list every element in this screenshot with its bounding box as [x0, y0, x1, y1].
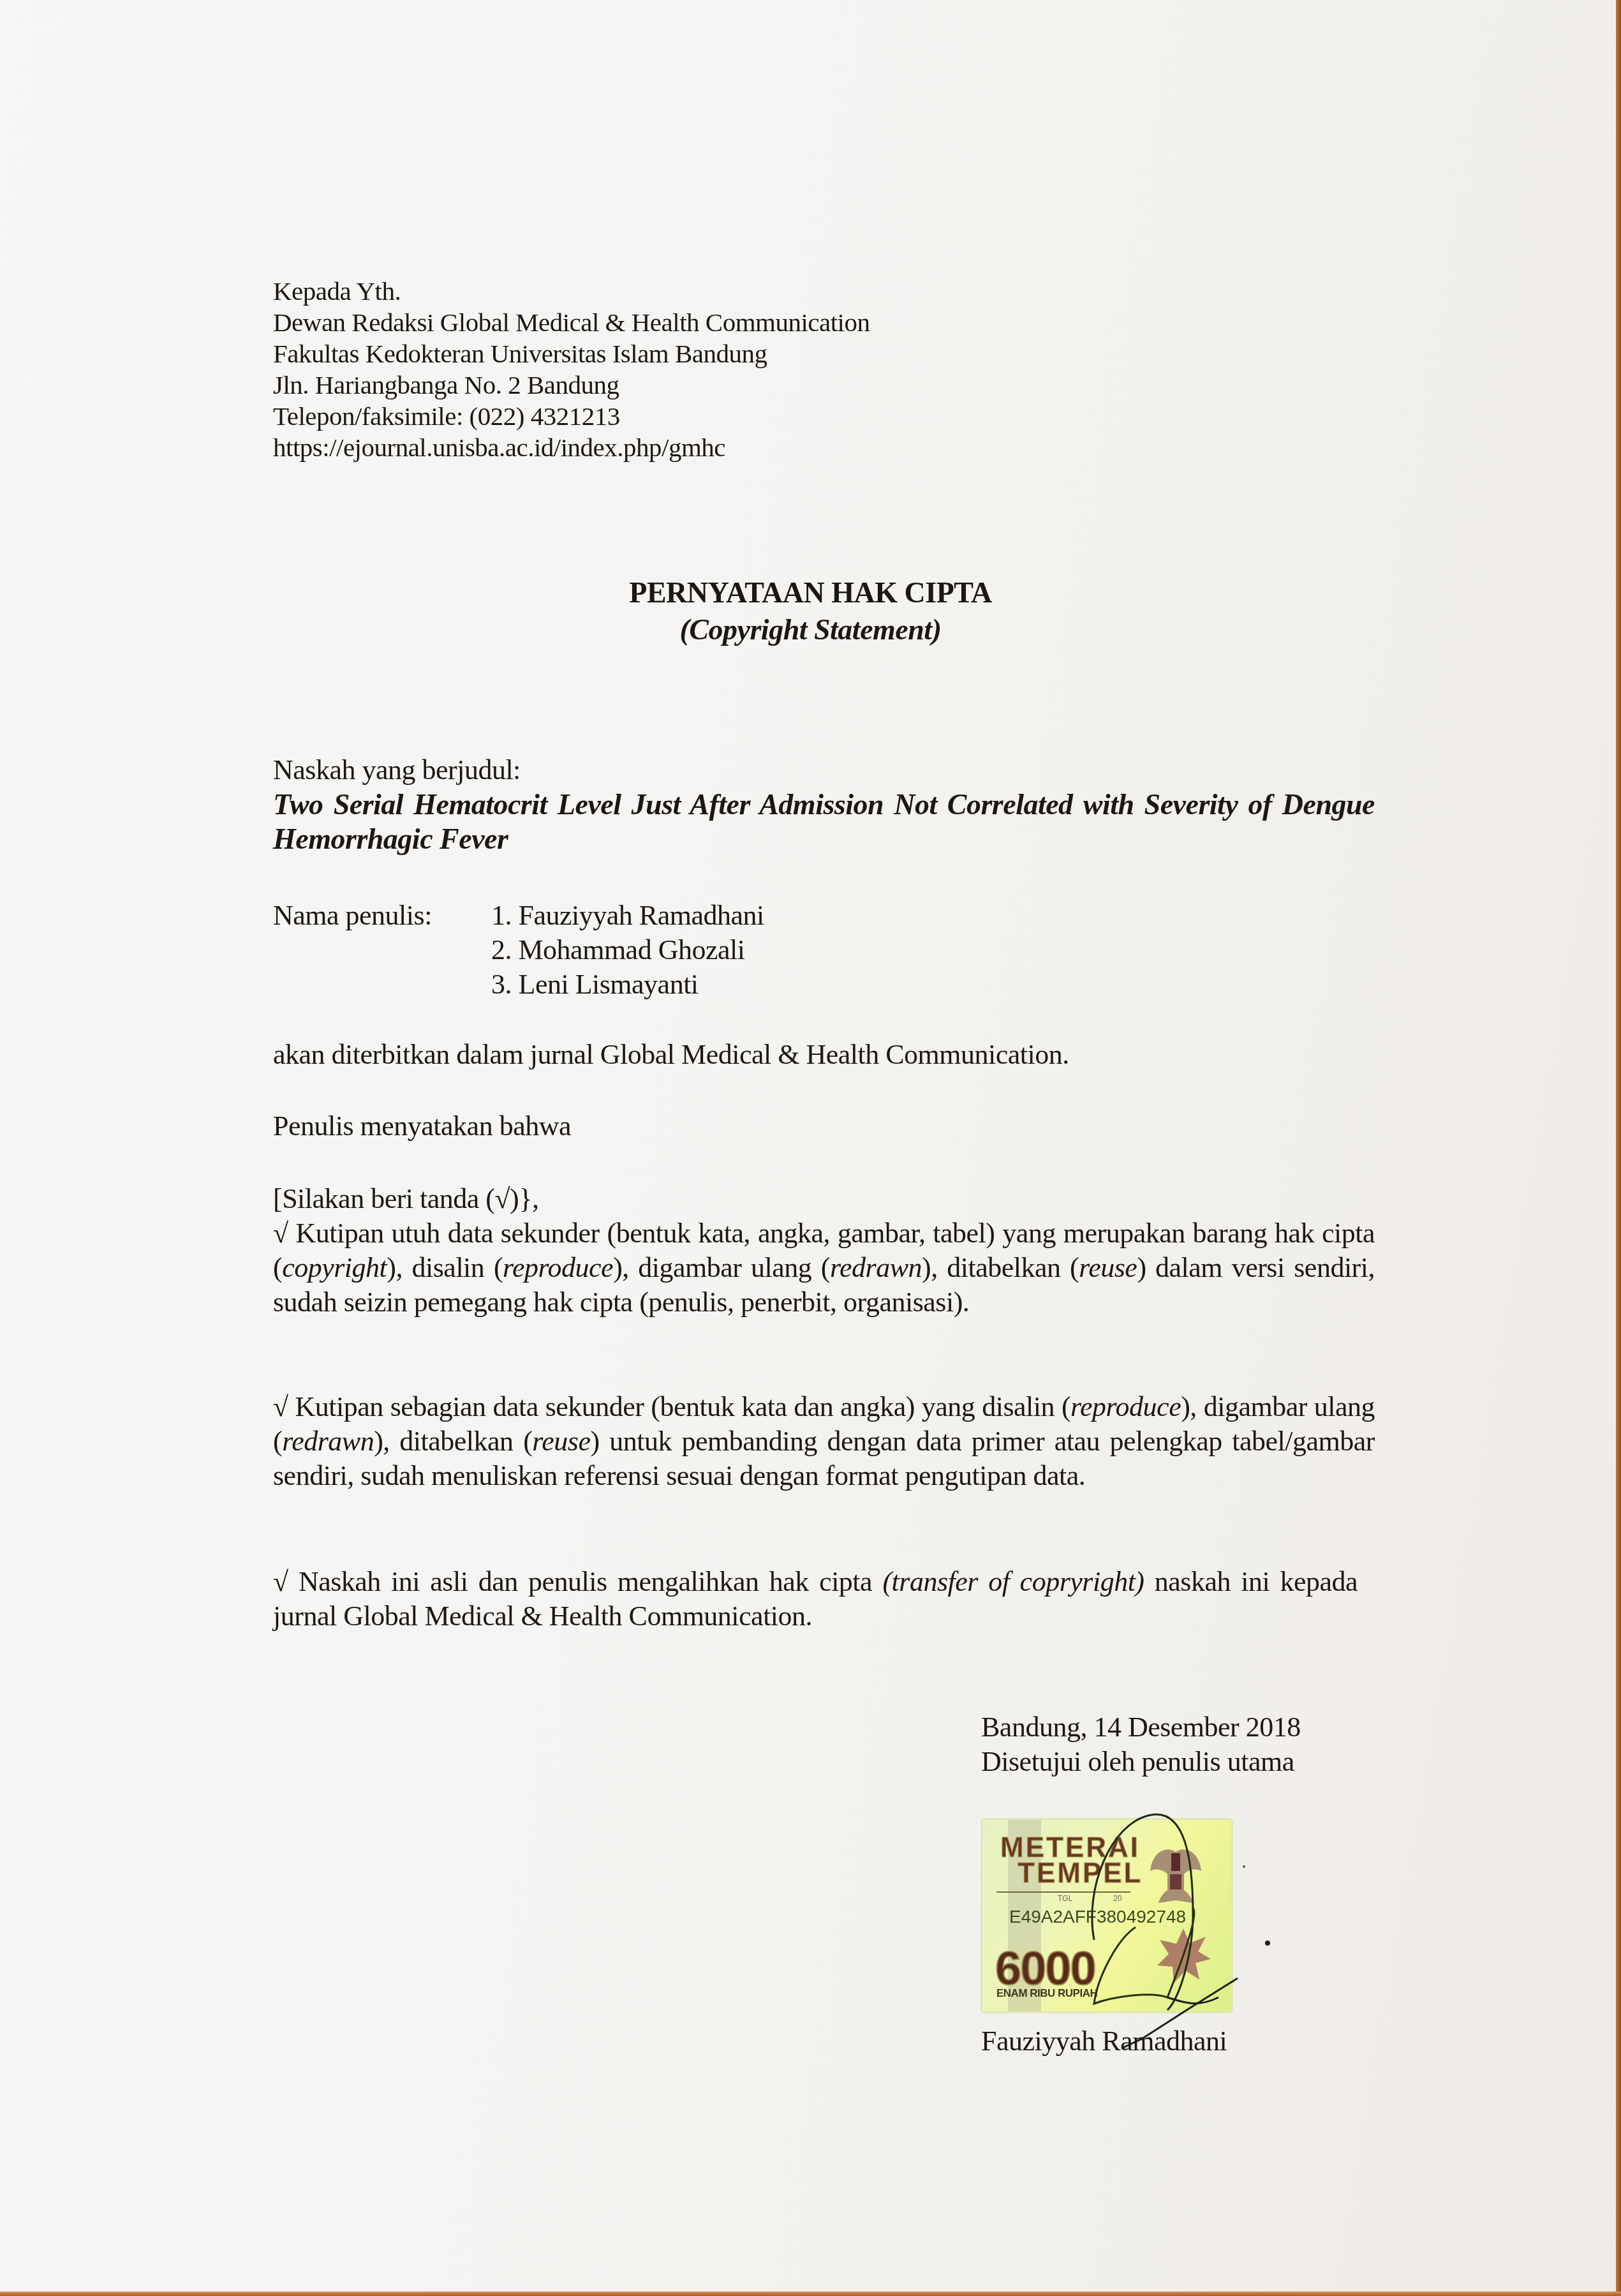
manuscript-title: Two Serial Hematocrit Level Just After A…: [273, 787, 1375, 856]
check-instruction: [Silakan beri tanda (√)},: [273, 1182, 538, 1216]
garuda-emblem-icon: [1147, 1839, 1204, 1909]
checkmark-icon: √: [273, 1391, 288, 1422]
statement-text: ), digambar ulang (: [613, 1252, 830, 1283]
manuscript-label: Naskah yang berjudul:: [273, 753, 521, 787]
author-item: 3. Leni Lismayanti: [491, 967, 764, 1002]
statement-text: Kutipan sebagian data sekunder (bentuk k…: [288, 1391, 1070, 1422]
stamp-serial: E49A2AFF380492748: [1009, 1907, 1186, 1927]
stamp-year-label: 20: [1113, 1894, 1121, 1903]
statement-text: ), disalin (: [387, 1252, 503, 1283]
checkmark-icon: √: [273, 1218, 288, 1249]
italic-term: reproduce: [1070, 1391, 1181, 1422]
italic-term: reproduce: [503, 1252, 613, 1283]
authors-list: 1. Fauziyyah Ramadhani 2. Mohammad Ghoza…: [491, 898, 764, 1002]
stamp-date-label: TGL: [1058, 1894, 1072, 1903]
italic-term: reuse: [1079, 1252, 1137, 1283]
stamp-value: 6000: [995, 1945, 1095, 1992]
italic-term: redrawn: [282, 1426, 374, 1457]
checkmark-icon: √: [273, 1566, 288, 1597]
document-title: PERNYATAAN HAK CIPTA: [0, 574, 1621, 611]
statement-text: ), ditabelkan (: [374, 1426, 532, 1457]
italic-term: copyright: [282, 1252, 387, 1283]
revenue-stamp: METERAI TEMPEL TGL 20 E49A2AFF380492748 …: [982, 1820, 1231, 2011]
stamp-rule: [996, 1891, 1130, 1893]
author-item: 2. Mohammad Ghozali: [491, 933, 764, 967]
author-item: 1. Fauziyyah Ramadhani: [491, 898, 764, 933]
declaration-intro: Penulis menyatakan bahwa: [273, 1109, 571, 1144]
recipient-line: Jln. Hariangbanga No. 2 Bandung: [273, 369, 870, 401]
desk-edge-bottom: [0, 2292, 1621, 2296]
statement-3: √ Naskah ini asli dan penulis mengalihka…: [273, 1565, 1358, 1634]
italic-term: reuse: [532, 1426, 590, 1457]
document-heading: PERNYATAAN HAK CIPTA (Copyright Statemen…: [0, 574, 1621, 648]
signer-name: Fauziyyah Ramadhani: [981, 2024, 1227, 2059]
signature-block: Bandung, 14 Desember 2018 Disetujui oleh…: [981, 1710, 1301, 1779]
recipient-line: Dewan Redaksi Global Medical & Health Co…: [273, 307, 870, 338]
recipient-address: Kepada Yth. Dewan Redaksi Global Medical…: [273, 276, 870, 463]
approved-by: Disetujui oleh penulis utama: [981, 1745, 1301, 1779]
document-subtitle: (Copyright Statement): [0, 611, 1621, 648]
recipient-line: Fakultas Kedokteran Universitas Islam Ba…: [273, 338, 870, 369]
authors-label: Nama penulis:: [273, 898, 432, 933]
recipient-line: Telepon/faksimile: (022) 4321213: [273, 401, 870, 432]
publish-note: akan diterbitkan dalam jurnal Global Med…: [273, 1038, 1069, 1072]
italic-term: (transfer of copryright): [882, 1566, 1144, 1597]
italic-term: redrawn: [830, 1252, 922, 1283]
statement-1: √ Kutipan utuh data sekunder (bentuk kat…: [273, 1216, 1375, 1320]
stamp-title-2: TEMPEL: [1018, 1860, 1143, 1888]
recipient-line: Kepada Yth.: [273, 276, 870, 307]
stamp-value-words: ENAM RIBU RUPIAH: [996, 1987, 1097, 2000]
statement-text: Naskah ini asli dan penulis mengalihkan …: [288, 1566, 883, 1597]
statement-2: √ Kutipan sebagian data sekunder (bentuk…: [273, 1390, 1375, 1493]
place-date: Bandung, 14 Desember 2018: [981, 1710, 1301, 1745]
recipient-url: https://ejournal.unisba.ac.id/index.php/…: [273, 432, 870, 463]
stamp-seal-icon: [1155, 1927, 1212, 1985]
statement-text: ), ditabelkan (: [922, 1252, 1079, 1283]
desk-edge-right: [1616, 0, 1621, 2296]
